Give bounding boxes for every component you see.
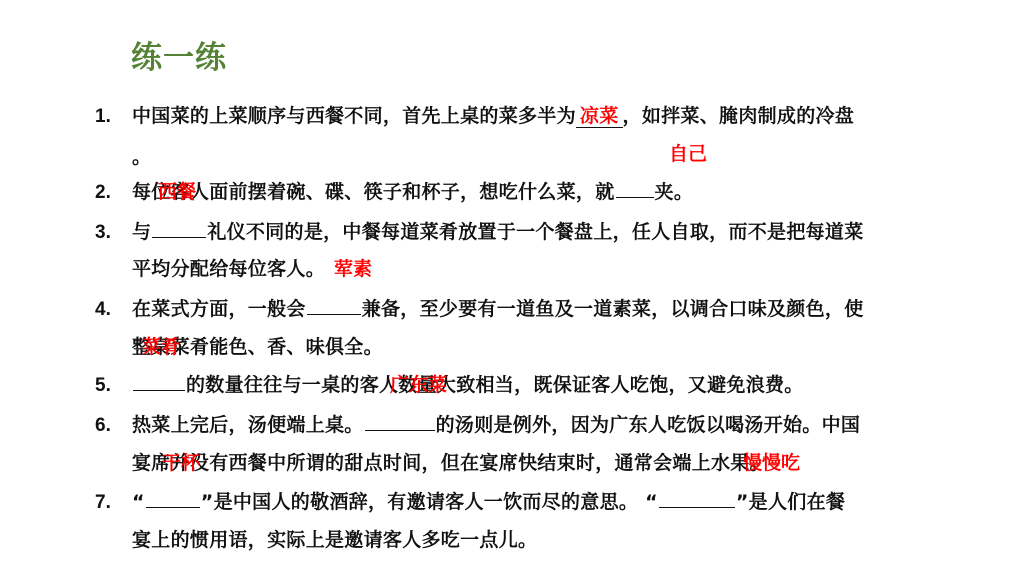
- text-segment: 的数量往往与一桌的客人数量大致相当，既保证客人吃饱，又避免浪费。: [186, 374, 804, 396]
- text-segment: “: [132, 491, 145, 513]
- question-number: 3.: [95, 213, 132, 253]
- fill-blank: [146, 489, 200, 508]
- question-number: 4.: [95, 290, 132, 330]
- question-number: 7.: [95, 483, 132, 523]
- fill-blank: [365, 412, 435, 431]
- question-3-continuation: 平均分配给每位客人。: [132, 249, 325, 289]
- fill-blank: [133, 372, 185, 391]
- fill-blank: [616, 179, 654, 198]
- question-5: 5.的数量往往与一桌的客人数量大致相当，既保证客人吃饱，又避免浪费。: [95, 365, 804, 406]
- answer-overlay: 菜肴: [142, 327, 180, 367]
- text-segment: 夹。: [655, 181, 694, 203]
- question-number: 5.: [95, 366, 132, 406]
- answer-overlay: 干杯: [162, 443, 200, 483]
- question-7-continuation: 宴上的惯用语，实际上是邀请客人多吃一点儿。: [132, 520, 537, 560]
- text-segment: 热菜上完后，汤便端上桌。: [132, 414, 364, 436]
- answer-overlay: 广东菜: [390, 365, 447, 405]
- question-text: 中国菜的上菜顺序与西餐不同，首先上桌的菜多半为凉菜，如拌菜、腌肉制成的冷盘: [132, 105, 854, 128]
- question-text: 的数量往往与一桌的客人数量大致相当，既保证客人吃饱，又避免浪费。: [132, 374, 804, 396]
- question-1-continuation: 。: [132, 137, 151, 177]
- text-segment: 的汤则是例外，因为广东人吃饭以喝汤开始。中国: [436, 414, 861, 436]
- question-7: 7.“”是中国人的敬酒辞，有邀请客人一饮而尽的意思。 “”是人们在餐: [95, 482, 845, 523]
- slide-title: 练一练: [131, 38, 227, 78]
- text-segment: 中国菜的上菜顺序与西餐不同，首先上桌的菜多半为: [132, 105, 576, 127]
- question-1: 1.中国菜的上菜顺序与西餐不同，首先上桌的菜多半为凉菜，如拌菜、腌肉制成的冷盘: [95, 96, 854, 137]
- answer-overlay: 自己: [669, 134, 707, 174]
- fill-blank: [659, 489, 735, 508]
- text-segment: ”是中国人的敬酒辞，有邀请客人一饮而尽的意思。 “: [201, 491, 658, 513]
- text-segment: 礼仪不同的是，中餐每道菜肴放置于一个餐盘上，任人自取，而不是把每道菜: [207, 221, 863, 243]
- question-text: 与礼仪不同的是，中餐每道菜肴放置于一个餐盘上，任人自取，而不是把每道菜: [132, 221, 864, 243]
- question-text: 热菜上完后，汤便端上桌。的汤则是例外，因为广东人吃饭以喝汤开始。中国: [132, 414, 860, 436]
- answer-inline: 凉菜: [576, 105, 623, 128]
- text-segment: ，如拌菜、腌肉制成的冷盘: [623, 105, 855, 127]
- question-4: 4.在菜式方面，一般会兼备，至少要有一道鱼及一道素菜，以调合口味及颜色，使: [95, 289, 864, 330]
- question-text: “”是中国人的敬酒辞，有邀请客人一饮而尽的意思。 “”是人们在餐: [132, 491, 845, 513]
- slide: 练一练 1.中国菜的上菜顺序与西餐不同，首先上桌的菜多半为凉菜，如拌菜、腌肉制成…: [0, 0, 1024, 574]
- question-number: 1.: [95, 97, 132, 137]
- text-segment: 兼备，至少要有一道鱼及一道素菜，以调合口味及颜色，使: [362, 298, 864, 320]
- text-segment: 在菜式方面，一般会: [132, 298, 306, 320]
- question-6-continuation: 宴席并没有西餐中所谓的甜点时间，但在宴席快结束时，通常会端上水果。: [132, 443, 769, 483]
- question-text: 每位客人面前摆着碗、碟、筷子和杯子，想吃什么菜，就夹。: [132, 181, 693, 203]
- text-segment: ”是人们在餐: [736, 491, 845, 513]
- answer-overlay: 西餐: [158, 172, 196, 212]
- fill-blank: [307, 296, 361, 315]
- text-segment: 与: [132, 221, 151, 243]
- question-3: 3.与礼仪不同的是，中餐每道菜肴放置于一个餐盘上，任人自取，而不是把每道菜: [95, 212, 864, 253]
- answer-overlay: 荤素: [334, 249, 372, 289]
- text-segment: 每位客人面前摆着碗、碟、筷子和杯子，想吃什么菜，就: [132, 181, 615, 203]
- fill-blank: [152, 219, 206, 238]
- question-number: 6.: [95, 406, 132, 446]
- answer-overlay: 慢慢吃: [743, 443, 800, 483]
- question-6: 6.热菜上完后，汤便端上桌。的汤则是例外，因为广东人吃饭以喝汤开始。中国: [95, 405, 860, 446]
- question-number: 2.: [95, 173, 132, 213]
- question-text: 在菜式方面，一般会兼备，至少要有一道鱼及一道素菜，以调合口味及颜色，使: [132, 298, 864, 320]
